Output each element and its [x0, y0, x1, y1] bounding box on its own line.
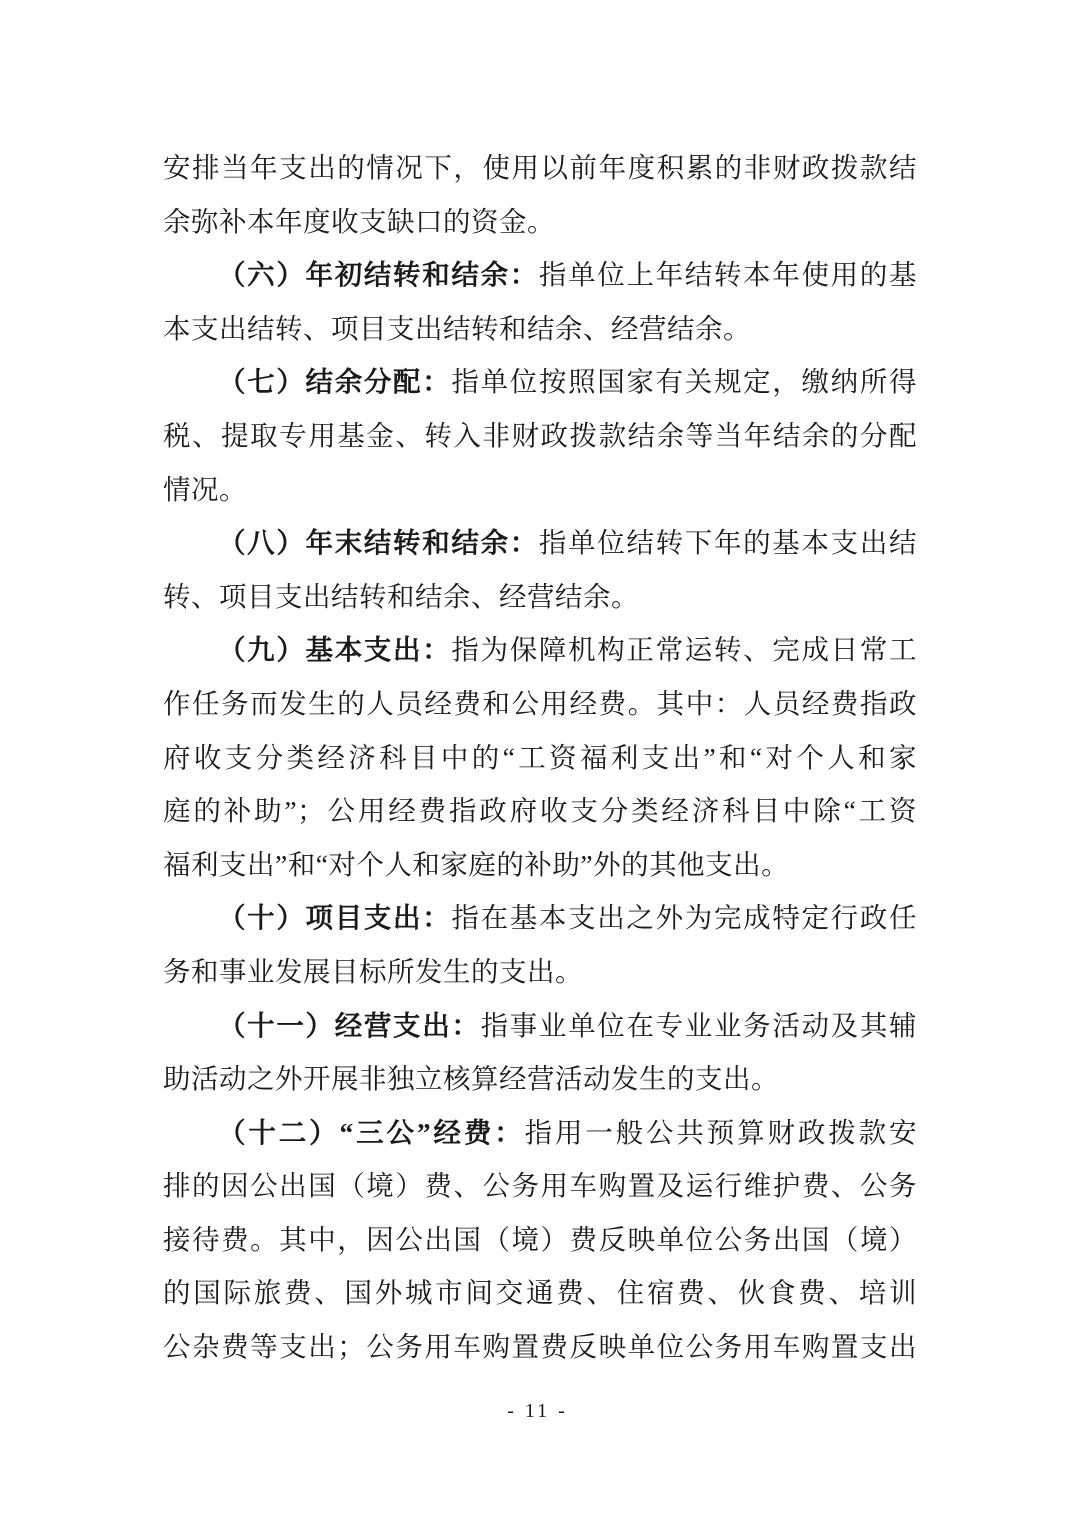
text-line: 排的因公出国（境）费、公务用车购置及运行维护费、公务 — [163, 1159, 917, 1213]
text-line: 务和事业发展目标所发生的支出。 — [163, 945, 917, 999]
text-line: 情况。 — [163, 463, 917, 517]
text-line: （七）结余分配：指单位按照国家有关规定，缴纳所得 — [163, 355, 917, 409]
body-text: 排的因公出国（境）费、公务用车购置及运行维护费、公务 — [163, 1170, 917, 1201]
text-line: 接待费。其中，因公出国（境）费反映单位公务出国（境） — [163, 1213, 917, 1267]
text-line: 助活动之外开展非独立核算经营活动发生的支出。 — [163, 1052, 917, 1106]
text-line: 转、项目支出结转和结余、经营结余。 — [163, 570, 917, 624]
body-text: 福利支出”和“对个人和家庭的补助”外的其他支出。 — [163, 849, 789, 880]
text-line: （十二）“三公”经费：指用一般公共预算财政拨款安 — [163, 1106, 917, 1160]
term-heading: （十）项目支出： — [218, 902, 451, 933]
body-text: 指用一般公共预算财政拨款安 — [525, 1117, 917, 1148]
body-text: 指为保障机构正常运转、完成日常工 — [451, 634, 917, 665]
body-text: 余弥补本年度收支缺口的资金。 — [163, 206, 555, 237]
term-heading: （六）年初结转和结余： — [218, 259, 539, 290]
body-text: 指单位结转下年的基本支出结 — [539, 527, 917, 558]
body-text: 税、提取专用基金、转入非财政拨款结余等当年结余的分配 — [163, 420, 917, 451]
body-text: 务和事业发展目标所发生的支出。 — [163, 956, 583, 987]
text-line: （九）基本支出：指为保障机构正常运转、完成日常工 — [163, 623, 917, 677]
text-line: （六）年初结转和结余：指单位上年结转本年使用的基 — [163, 248, 917, 302]
body-text: 本支出结转、项目支出结转和结余、经营结余。 — [163, 313, 751, 344]
body-text: 府收支分类经济科目中的“工资福利支出”和“对个人和家 — [163, 742, 917, 773]
body-text: 作任务而发生的人员经费和公用经费。其中：人员经费指政 — [163, 688, 917, 719]
body-text: 公杂费等支出；公务用车购置费反映单位公务用车购置支出 — [163, 1331, 917, 1362]
body-text: 指在基本支出之外为完成特定行政任 — [451, 902, 917, 933]
body-text: 庭的补助”；公用经费指政府收支分类经济科目中除“工资 — [163, 795, 917, 826]
body-text: 指事业单位在专业业务活动及其辅 — [481, 1010, 917, 1041]
text-line: 庭的补助”；公用经费指政府收支分类经济科目中除“工资 — [163, 784, 917, 838]
text-line: （十一）经营支出：指事业单位在专业业务活动及其辅 — [163, 999, 917, 1053]
text-line: （十）项目支出：指在基本支出之外为完成特定行政任 — [163, 891, 917, 945]
text-line: 公杂费等支出；公务用车购置费反映单位公务用车购置支出 — [163, 1320, 917, 1374]
body-text: 安排当年支出的情况下，使用以前年度积累的非财政拨款结 — [163, 152, 917, 183]
term-heading: （十二）“三公”经费： — [218, 1117, 525, 1148]
body-text: 转、项目支出结转和结余、经营结余。 — [163, 581, 639, 612]
body-text: 指单位上年结转本年使用的基 — [539, 259, 917, 290]
document-body: 安排当年支出的情况下，使用以前年度积累的非财政拨款结余弥补本年度收支缺口的资金。… — [163, 141, 917, 1374]
term-heading: （十一）经营支出： — [218, 1010, 481, 1041]
term-heading: （八）年末结转和结余： — [218, 527, 539, 558]
term-heading: （七）结余分配： — [218, 366, 451, 397]
text-line: 作任务而发生的人员经费和公用经费。其中：人员经费指政 — [163, 677, 917, 731]
text-line: 税、提取专用基金、转入非财政拨款结余等当年结余的分配 — [163, 409, 917, 463]
text-line: 的国际旅费、国外城市间交通费、住宿费、伙食费、培训费、 — [163, 1266, 917, 1320]
text-line: 安排当年支出的情况下，使用以前年度积累的非财政拨款结 — [163, 141, 917, 195]
text-line: 福利支出”和“对个人和家庭的补助”外的其他支出。 — [163, 838, 917, 892]
text-line: 府收支分类经济科目中的“工资福利支出”和“对个人和家 — [163, 731, 917, 785]
body-text: 助活动之外开展非独立核算经营活动发生的支出。 — [163, 1063, 779, 1094]
term-heading: （九）基本支出： — [218, 634, 451, 665]
body-text: 指单位按照国家有关规定，缴纳所得 — [451, 366, 917, 397]
document-page: 安排当年支出的情况下，使用以前年度积累的非财政拨款结余弥补本年度收支缺口的资金。… — [0, 0, 1075, 1520]
page-number: - 11 - — [0, 1400, 1075, 1423]
body-text: 情况。 — [163, 474, 247, 505]
body-text: 接待费。其中，因公出国（境）费反映单位公务出国（境） — [163, 1224, 917, 1255]
body-text: 的国际旅费、国外城市间交通费、住宿费、伙食费、培训费、 — [163, 1277, 917, 1320]
text-line: 余弥补本年度收支缺口的资金。 — [163, 195, 917, 249]
text-line: （八）年末结转和结余：指单位结转下年的基本支出结 — [163, 516, 917, 570]
text-line: 本支出结转、项目支出结转和结余、经营结余。 — [163, 302, 917, 356]
